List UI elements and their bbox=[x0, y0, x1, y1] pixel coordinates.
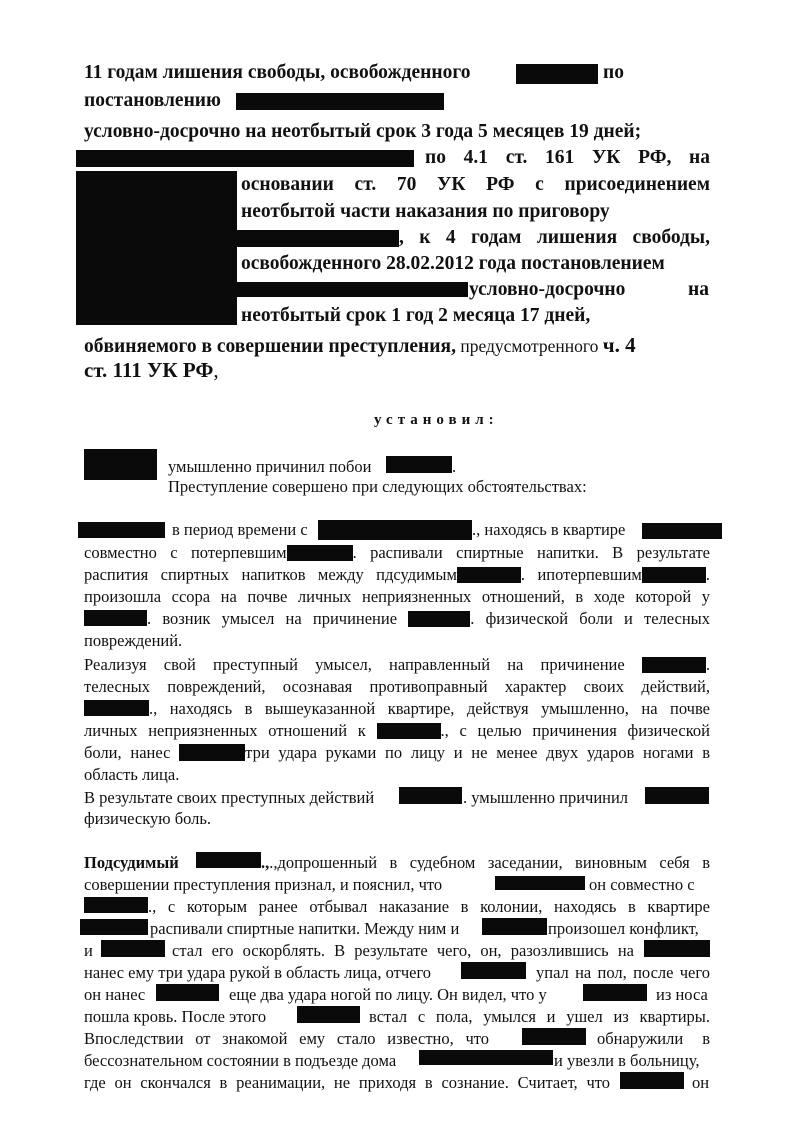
header-line-10: неотбытый срок 1 год 2 месяца 17 дней, bbox=[241, 305, 590, 327]
para4-line-10b: и увезли в больницу, bbox=[554, 1051, 699, 1071]
redaction bbox=[583, 984, 647, 1001]
intro-line-1a: умышленно причинил побои bbox=[168, 457, 371, 477]
redaction bbox=[377, 723, 441, 739]
redaction bbox=[620, 1072, 684, 1089]
header-line-11: обвиняемого в совершении преступления, п… bbox=[84, 333, 636, 358]
para3-line-1b: . умышленно причинил bbox=[463, 788, 628, 808]
para4-line-6a: нанес ему три удара рукой в область лица… bbox=[84, 963, 431, 983]
para4-line-7c: из носа bbox=[656, 985, 708, 1005]
header-line-9b: на bbox=[688, 279, 709, 301]
para4-line-5b: стал его оскорблять. В результате чего, … bbox=[172, 941, 634, 961]
redaction bbox=[287, 545, 353, 561]
redaction bbox=[297, 1006, 360, 1023]
para2-line-3: ., находясь в вышеуказанной квартире, де… bbox=[149, 699, 710, 719]
redaction bbox=[236, 93, 444, 110]
redaction bbox=[84, 700, 149, 716]
redaction-block bbox=[76, 171, 237, 325]
redaction bbox=[399, 787, 462, 804]
redaction bbox=[84, 449, 157, 480]
redaction bbox=[237, 282, 468, 297]
redaction bbox=[78, 522, 165, 538]
redaction bbox=[179, 744, 245, 761]
redaction bbox=[642, 657, 706, 673]
para1-line-2: совместно с потерпевшим. распивали спирт… bbox=[84, 543, 710, 563]
para1-line-6: повреждений. bbox=[84, 631, 182, 651]
para2-line-5: боли, нанес три удара руками по лицу и н… bbox=[84, 743, 710, 763]
redaction bbox=[196, 852, 261, 868]
para4-line-9b: обнаружили в bbox=[597, 1029, 710, 1049]
para4-line-10a: бессознательном состоянии в подъезде дом… bbox=[84, 1051, 396, 1071]
para4-line-7a: он нанес bbox=[84, 985, 145, 1005]
para4-line-6b: упал на пол, после чего bbox=[536, 963, 710, 983]
redaction bbox=[386, 456, 452, 473]
header-line-1a: 11 годам лишения свободы, освобожденного bbox=[84, 62, 470, 84]
redaction bbox=[76, 150, 414, 167]
redaction bbox=[522, 1028, 586, 1045]
para4-line-7b: еще два удара ногой по лицу. Он видел, ч… bbox=[229, 985, 547, 1005]
redaction bbox=[482, 918, 547, 935]
para4-line-2a: совершении преступления признал, и поясн… bbox=[84, 875, 442, 895]
header-line-7: , к 4 годам лишения свободы, bbox=[399, 227, 710, 249]
para3-line-1a: В результате своих преступных действий bbox=[84, 788, 374, 808]
para4-line-4a: распивали спиртные напитки. Между ним и bbox=[150, 919, 459, 939]
header-line-3: условно-досрочно на неотбытый срок 3 год… bbox=[84, 121, 641, 143]
para4-line-8a: пошла кровь. После этого bbox=[84, 1007, 266, 1027]
para4-line-11a: где он скончался в реанимации, не приход… bbox=[84, 1073, 610, 1093]
para4-line-9a: Впоследствии от знакомой ему стало извес… bbox=[84, 1029, 489, 1049]
redaction bbox=[101, 940, 165, 957]
header-line-2: постановлению bbox=[84, 90, 221, 112]
para4-line-2b: он совместно с bbox=[589, 875, 695, 895]
para2-line-2: телесных повреждений, осознавая противоп… bbox=[84, 677, 710, 697]
redaction bbox=[408, 611, 470, 627]
para4-line-5a: и bbox=[84, 941, 93, 961]
redaction bbox=[495, 876, 585, 890]
para4-line-11b: он bbox=[692, 1073, 709, 1093]
redaction bbox=[156, 984, 219, 1001]
redaction bbox=[419, 1050, 553, 1065]
para4-line-4b: произошел конфликт, bbox=[548, 919, 699, 939]
header-line-4: по 4.1 ст. 161 УК РФ, на bbox=[425, 147, 710, 169]
para1-line-1a: в период времени с bbox=[172, 520, 308, 540]
para2-line-6: область лица. bbox=[84, 765, 179, 785]
para4-line-8b: встал с пола, умылся и ушел из квартиры. bbox=[369, 1007, 710, 1027]
redaction bbox=[237, 230, 399, 247]
redaction bbox=[642, 523, 722, 539]
redaction bbox=[80, 919, 148, 935]
redaction bbox=[318, 520, 472, 540]
header-line-9a: условно-досрочно bbox=[469, 279, 625, 301]
para4-line-1: .,.,допрошенный в судебном заседании, ви… bbox=[261, 853, 710, 873]
redaction bbox=[516, 64, 598, 84]
intro-line-2: Преступление совершено при следующих обс… bbox=[168, 477, 587, 497]
redaction bbox=[84, 897, 148, 913]
redaction bbox=[84, 610, 147, 626]
header-line-6: неотбытой части наказания по приговору bbox=[241, 201, 610, 223]
redaction bbox=[645, 787, 709, 804]
header-line-12: ст. 111 УК РФ, bbox=[84, 358, 219, 383]
para4-line-3: ., с которым ранее отбывал наказание в к… bbox=[148, 897, 710, 917]
para2-line-4: личных неприязненных отношений к ., с це… bbox=[84, 721, 710, 741]
para1-line-3: распития спиртных напитков между пдсудим… bbox=[84, 565, 710, 585]
para1-line-5: . возник умысел на причинение . физическ… bbox=[147, 609, 710, 629]
header-line-5: основании ст. 70 УК РФ с присоединением bbox=[241, 174, 710, 196]
redaction bbox=[461, 962, 526, 979]
para1-line-4: произошла ссора на почве личных неприязн… bbox=[84, 587, 710, 607]
redaction bbox=[457, 567, 521, 583]
redaction bbox=[644, 940, 710, 957]
para3-line-2: физическую боль. bbox=[84, 809, 211, 829]
section-title: установил: bbox=[374, 412, 499, 429]
para2-line-1: Реализуя свой преступный умысел, направл… bbox=[84, 655, 710, 675]
para1-line-1b: ., находясь в квартире bbox=[472, 520, 625, 540]
redaction bbox=[642, 567, 706, 583]
intro-line-1b: . bbox=[452, 457, 456, 477]
header-line-1b: по bbox=[603, 62, 624, 84]
header-line-8: освобожденного 28.02.2012 года постановл… bbox=[241, 253, 665, 275]
para4-defendant-label: Подсудимый bbox=[84, 853, 179, 873]
